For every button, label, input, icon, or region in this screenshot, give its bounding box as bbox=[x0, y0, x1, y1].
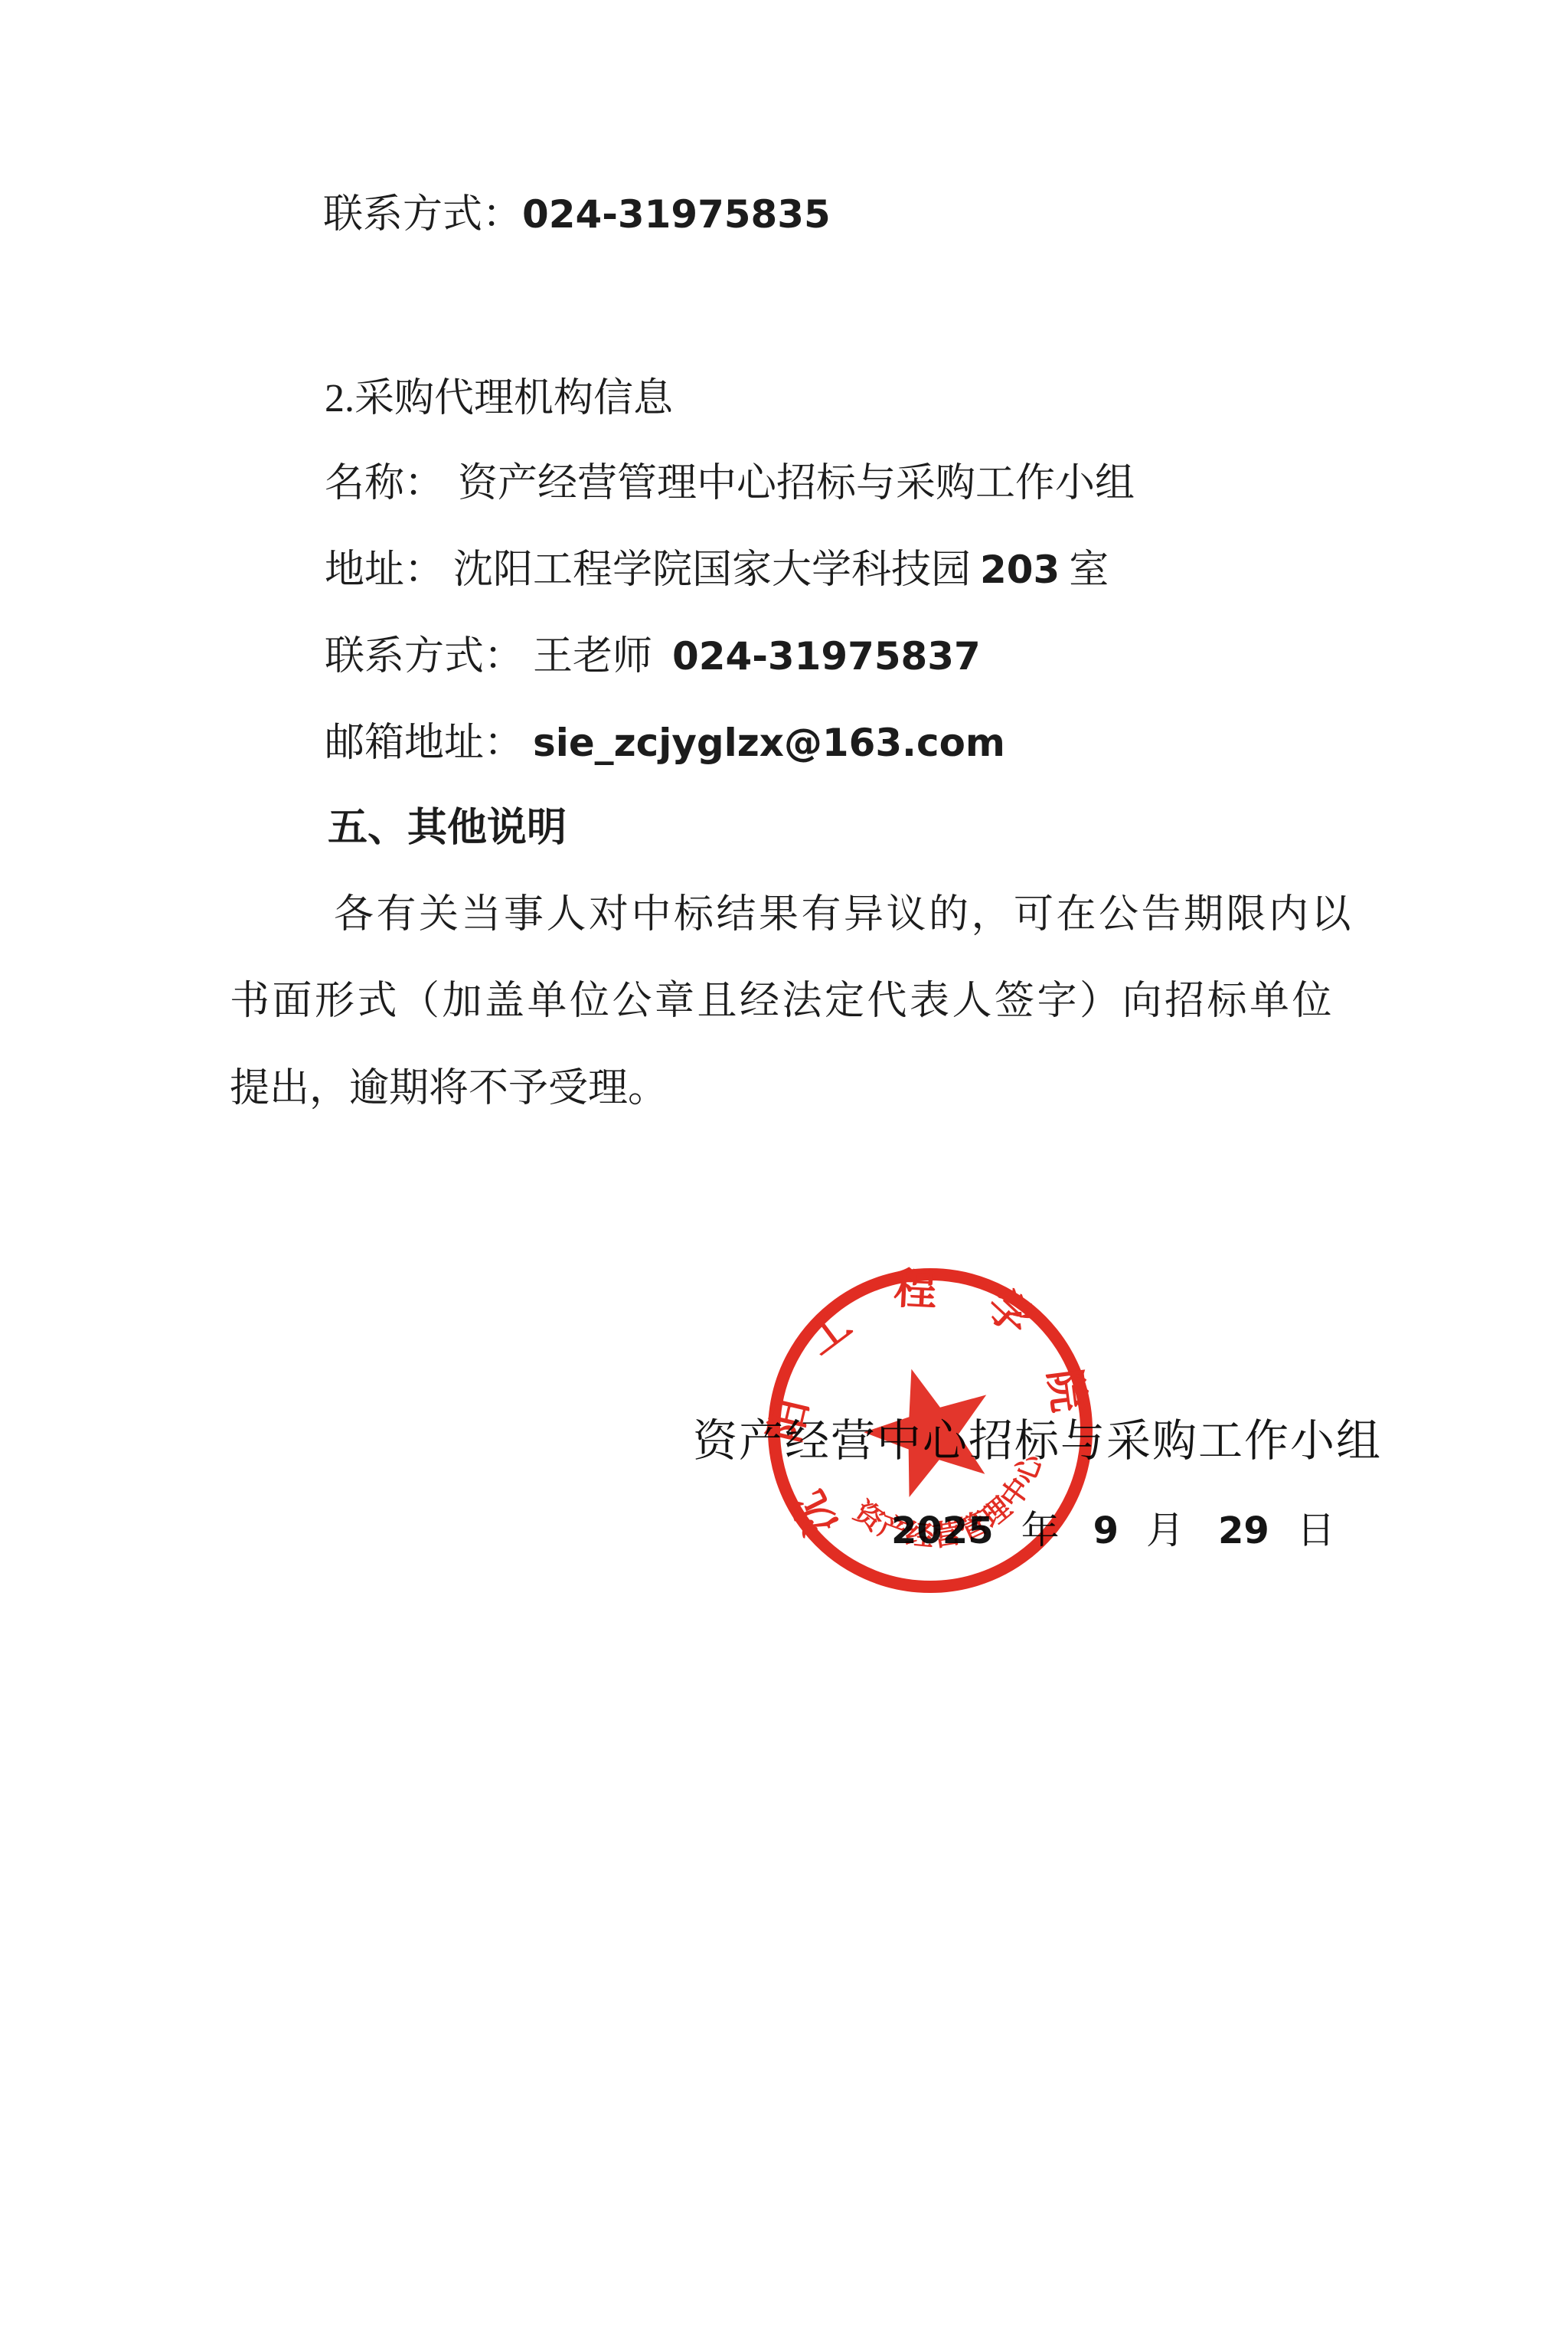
agency-section-title-text: 2.采购代理机构信息 bbox=[325, 377, 673, 420]
seal-arc-top-text: 沈阳工程学院 bbox=[720, 1221, 1112, 1547]
agency-contact-line: 联系方式：王老师024-31975837 bbox=[325, 633, 981, 681]
document-page: 联系方式：024-31975835 2.采购代理机构信息 名称：资产经营管理中心… bbox=[0, 0, 1568, 2335]
agency-email-value: sie_zcjyglzx@163.com bbox=[533, 721, 1005, 765]
notes-paragraph-line-3: 提出，逾期将不予受理。 bbox=[230, 1065, 668, 1113]
contact-phone: 024-31975835 bbox=[522, 192, 831, 237]
signature-org-text: 资产经营中心招标与采购工作小组 bbox=[693, 1416, 1382, 1466]
notes-paragraph-line-3-text: 提出，逾期将不予受理。 bbox=[230, 1067, 668, 1110]
agency-contact-label: 联系方式： bbox=[325, 635, 524, 679]
agency-email-line: 邮箱地址：sie_zcjyglzx@163.com bbox=[325, 720, 1005, 767]
other-notes-heading-text: 五、其他说明 bbox=[328, 806, 567, 850]
signature-date-day: 29 bbox=[1218, 1509, 1269, 1552]
other-notes-heading: 五、其他说明 bbox=[328, 805, 567, 852]
notes-paragraph-line-2: 书面形式（加盖单位公章且经法定代表人签字）向招标单位 bbox=[230, 978, 1334, 1025]
agency-address-room-number: 203 bbox=[980, 548, 1060, 592]
agency-address-label: 地址： bbox=[325, 548, 444, 592]
agency-contact-person: 王老师 bbox=[533, 635, 652, 679]
agency-contact-phone: 024-31975837 bbox=[672, 634, 981, 679]
agency-address-value: 沈阳工程学院国家大学科技园 bbox=[453, 548, 971, 592]
agency-section-title: 2.采购代理机构信息 bbox=[325, 375, 673, 423]
notes-paragraph-line-2-text: 书面形式（加盖单位公章且经法定代表人签字）向招标单位 bbox=[230, 979, 1334, 1023]
notes-paragraph-line-1-text: 各有关当事人对中标结果有异议的，可在公告期限内以 bbox=[334, 893, 1354, 937]
signature-org: 资产经营中心招标与采购工作小组 bbox=[693, 1405, 1382, 1469]
agency-email-label: 邮箱地址： bbox=[325, 721, 524, 765]
agency-address-room-unit: 室 bbox=[1069, 548, 1109, 592]
signature-date-day-unit: 日 bbox=[1297, 1509, 1335, 1552]
signature-date-month-unit: 月 bbox=[1146, 1509, 1184, 1552]
agency-name-value: 资产经营管理中心招标与采购工作小组 bbox=[458, 462, 1135, 505]
signature-date-year-unit: 年 bbox=[1021, 1509, 1060, 1552]
signature-date: 2025年9月29日 bbox=[891, 1499, 1335, 1555]
notes-paragraph-line-1: 各有关当事人对中标结果有异议的，可在公告期限内以 bbox=[334, 891, 1354, 939]
agency-address-line: 地址：沈阳工程学院国家大学科技园203室 bbox=[325, 547, 1109, 594]
contact-label: 联系方式： bbox=[323, 193, 522, 237]
agency-name-line: 名称：资产经营管理中心招标与采购工作小组 bbox=[325, 460, 1135, 508]
signature-date-year: 2025 bbox=[891, 1509, 994, 1552]
signature-date-month: 9 bbox=[1093, 1509, 1119, 1552]
contact-line-1: 联系方式：024-31975835 bbox=[323, 191, 831, 239]
agency-name-label: 名称： bbox=[325, 462, 444, 505]
